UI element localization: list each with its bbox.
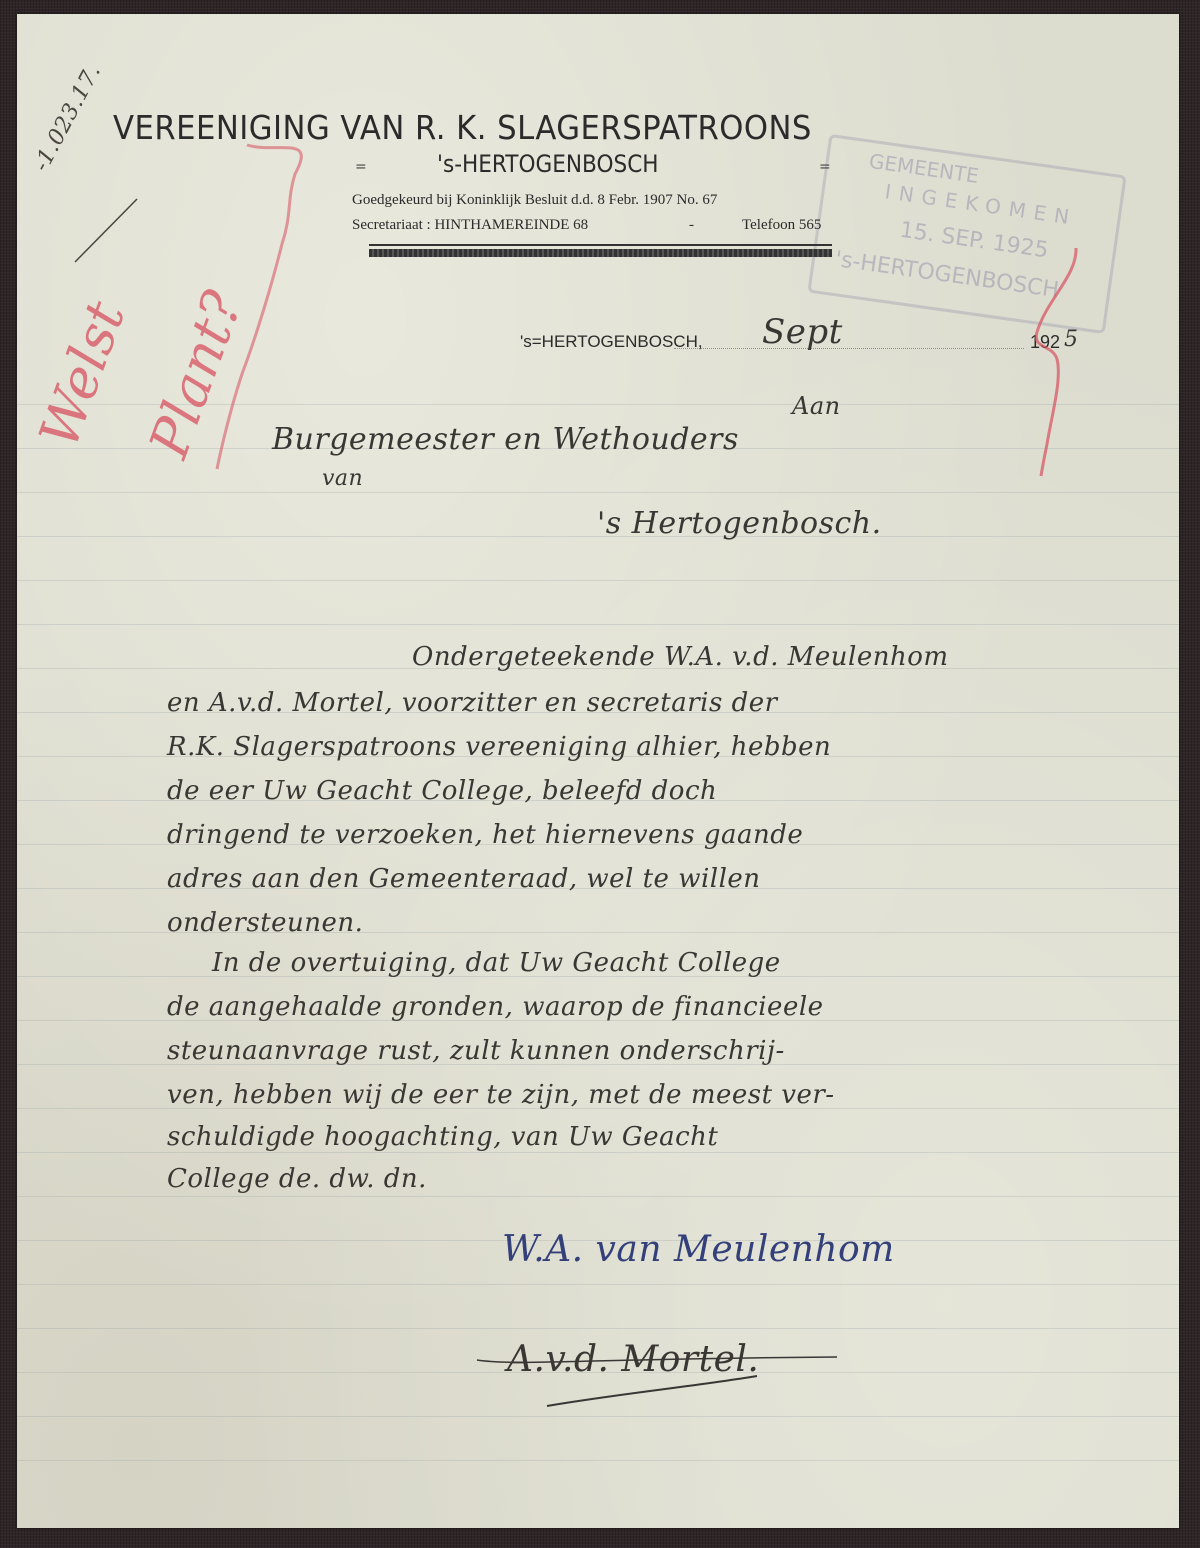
letter-paper: GEMEENTE INGEKOMEN 15. SEP. 1925 's-HERT… (17, 14, 1179, 1528)
pen-strokes (17, 14, 1179, 1528)
